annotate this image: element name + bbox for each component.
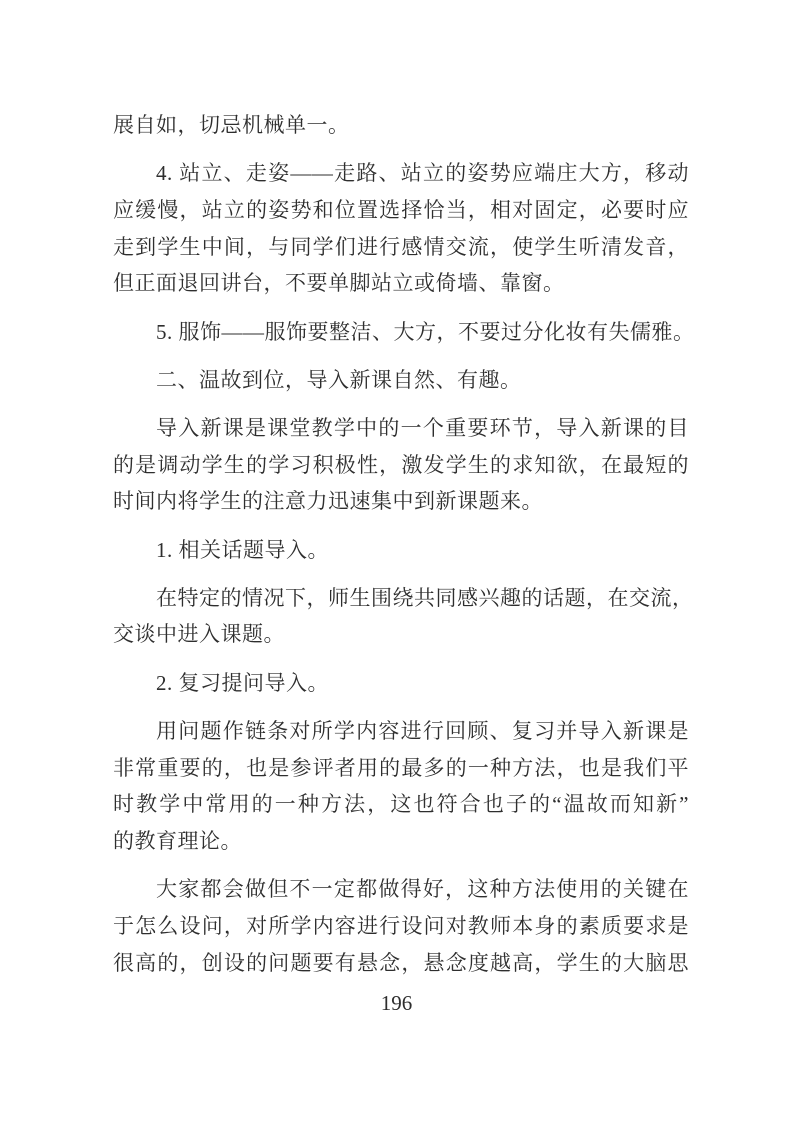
paragraph: 2. 复习提问导入。 (113, 665, 689, 702)
text-line: 于怎么设问，对所学内容进行设问对教师本身的素质要求是 (113, 908, 689, 945)
text-line: 1. 相关话题导入。 (113, 532, 689, 569)
text-line: 走到学生中间，与同学们进行感情交流，使学生听清发音， (113, 229, 689, 266)
text-line: 的教育理论。 (113, 823, 689, 860)
text-line: 5. 服饰——服饰要整洁、大方，不要过分化妆有失儒雅。 (113, 314, 689, 351)
document-body: 展自如，切忌机械单一。 4. 站立、走姿——走路、站立的姿势应端庄大方，移动 应… (0, 0, 793, 981)
text-line: 大家都会做但不一定都做得好，这种方法使用的关键在 (113, 871, 689, 908)
document-page: 展自如，切忌机械单一。 4. 站立、走姿——走路、站立的姿势应端庄大方，移动 应… (0, 0, 793, 1122)
paragraph: 在特定的情况下，师生围绕共同感兴趣的话题，在交流， 交谈中进入课题。 (113, 580, 689, 653)
text-line: 二、温故到位，导入新课自然、有趣。 (113, 362, 689, 399)
paragraph: 5. 服饰——服饰要整洁、大方，不要过分化妆有失儒雅。 (113, 314, 689, 351)
paragraph: 展自如，切忌机械单一。 (113, 107, 689, 144)
page-footer: 196 (0, 985, 793, 1022)
text-line: 应缓慢，站立的姿势和位置选择恰当，相对固定，必要时应 (113, 192, 689, 229)
page-number: 196 (381, 991, 413, 1015)
text-line: 时教学中常用的一种方法，这也符合也子的“温故而知新” (113, 786, 689, 823)
paragraph: 大家都会做但不一定都做得好，这种方法使用的关键在 于怎么设问，对所学内容进行设问… (113, 871, 689, 981)
text-line: 2. 复习提问导入。 (113, 665, 689, 702)
paragraph: 导入新课是课堂教学中的一个重要环节，导入新课的目 的是调动学生的学习积极性，激发… (113, 410, 689, 520)
text-line: 的是调动学生的学习积极性，激发学生的求知欲，在最短的 (113, 447, 689, 484)
text-line: 很高的，创设的问题要有悬念，悬念度越高，学生的大脑思 (113, 945, 689, 982)
text-line: 时间内将学生的注意力迅速集中到新课题来。 (113, 483, 689, 520)
paragraph: 二、温故到位，导入新课自然、有趣。 (113, 362, 689, 399)
text-line: 导入新课是课堂教学中的一个重要环节，导入新课的目 (113, 410, 689, 447)
text-line: 但正面退回讲台，不要单脚站立或倚墙、靠窗。 (113, 265, 689, 302)
text-line: 非常重要的，也是参评者用的最多的一种方法，也是我们平 (113, 750, 689, 787)
text-line: 在特定的情况下，师生围绕共同感兴趣的话题，在交流， (113, 580, 689, 617)
text-line: 4. 站立、走姿——走路、站立的姿势应端庄大方，移动 (113, 155, 689, 192)
text-line: 用问题作链条对所学内容进行回顾、复习并导入新课是 (113, 713, 689, 750)
paragraph: 1. 相关话题导入。 (113, 532, 689, 569)
paragraph: 用问题作链条对所学内容进行回顾、复习并导入新课是 非常重要的，也是参评者用的最多… (113, 713, 689, 860)
text-line: 交谈中进入课题。 (113, 616, 689, 653)
paragraph: 4. 站立、走姿——走路、站立的姿势应端庄大方，移动 应缓慢，站立的姿势和位置选… (113, 155, 689, 302)
text-line: 展自如，切忌机械单一。 (113, 107, 689, 144)
